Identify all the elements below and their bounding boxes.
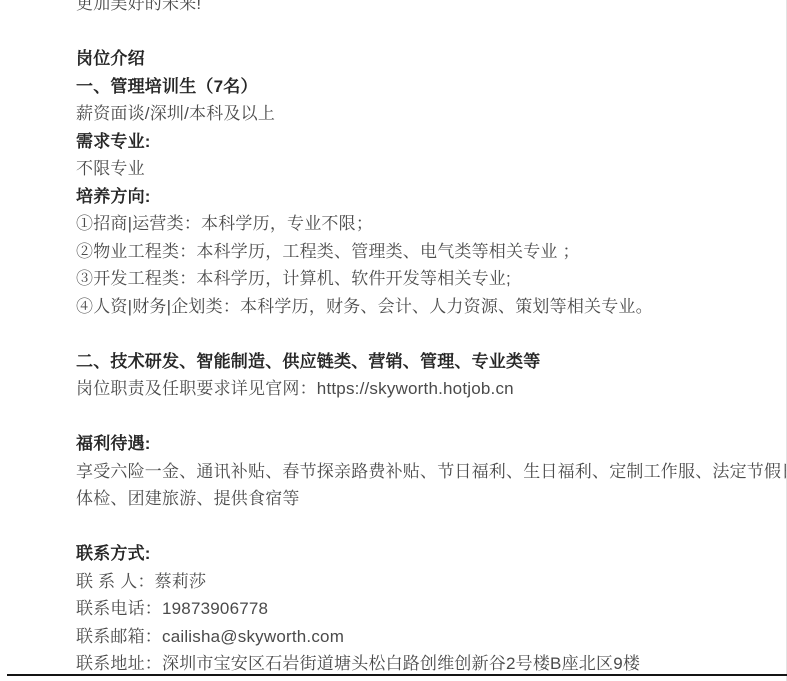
training-direction-item-4: ④人资|财务|企划类：本科学历，财务、会计、人力资源、策划等相关专业。 <box>76 293 787 321</box>
contact-email-line: 联系邮箱：cailisha@skyworth.com <box>76 623 787 651</box>
training-direction-item-1: ①招商|运营类：本科学历，专业不限； <box>76 210 787 238</box>
contact-person-line: 联 系 人：蔡莉莎 <box>76 568 787 596</box>
required-major-label: 需求专业: <box>76 128 787 156</box>
position-2-title: 二、技术研发、智能制造、供应链类、营销、管理、专业类等 <box>76 348 787 376</box>
training-direction-label: 培养方向: <box>76 183 787 211</box>
position-1-title: 一、管理培训生（7名） <box>76 73 787 101</box>
intro-closing-line: 更加美好的未来! <box>76 0 787 18</box>
job-posting-document: 更加美好的未来! 岗位介绍 一、管理培训生（7名） 薪资面谈/深圳/本科及以上 … <box>76 0 787 678</box>
blank-line <box>76 320 787 348</box>
section-heading-benefits: 福利待遇: <box>76 430 787 458</box>
benefits-line-2: 体检、团建旅游、提供食宿等 <box>76 485 787 513</box>
blank-line <box>76 513 787 541</box>
position-1-salary-location: 薪资面谈/深圳/本科及以上 <box>76 100 787 128</box>
position-2-detail-url-line: 岗位职责及任职要求详见官网：https://skyworth.hotjob.cn <box>76 375 787 403</box>
page-bottom-border <box>7 674 787 676</box>
blank-line <box>76 18 787 46</box>
contact-phone-line: 联系电话：19873906778 <box>76 595 787 623</box>
required-major-value: 不限专业 <box>76 155 787 183</box>
benefits-line-1: 享受六险一金、通讯补贴、春节探亲路费补贴、节日福利、生日福利、定制工作服、法定节… <box>76 458 787 486</box>
section-heading-job-intro: 岗位介绍 <box>76 45 787 73</box>
training-direction-item-2: ②物业工程类：本科学历，工程类、管理类、电气类等相关专业 ； <box>76 238 787 266</box>
blank-line <box>76 403 787 431</box>
section-heading-contact: 联系方式: <box>76 540 787 568</box>
training-direction-item-3: ③开发工程类：本科学历，计算机、软件开发等相关专业; <box>76 265 787 293</box>
